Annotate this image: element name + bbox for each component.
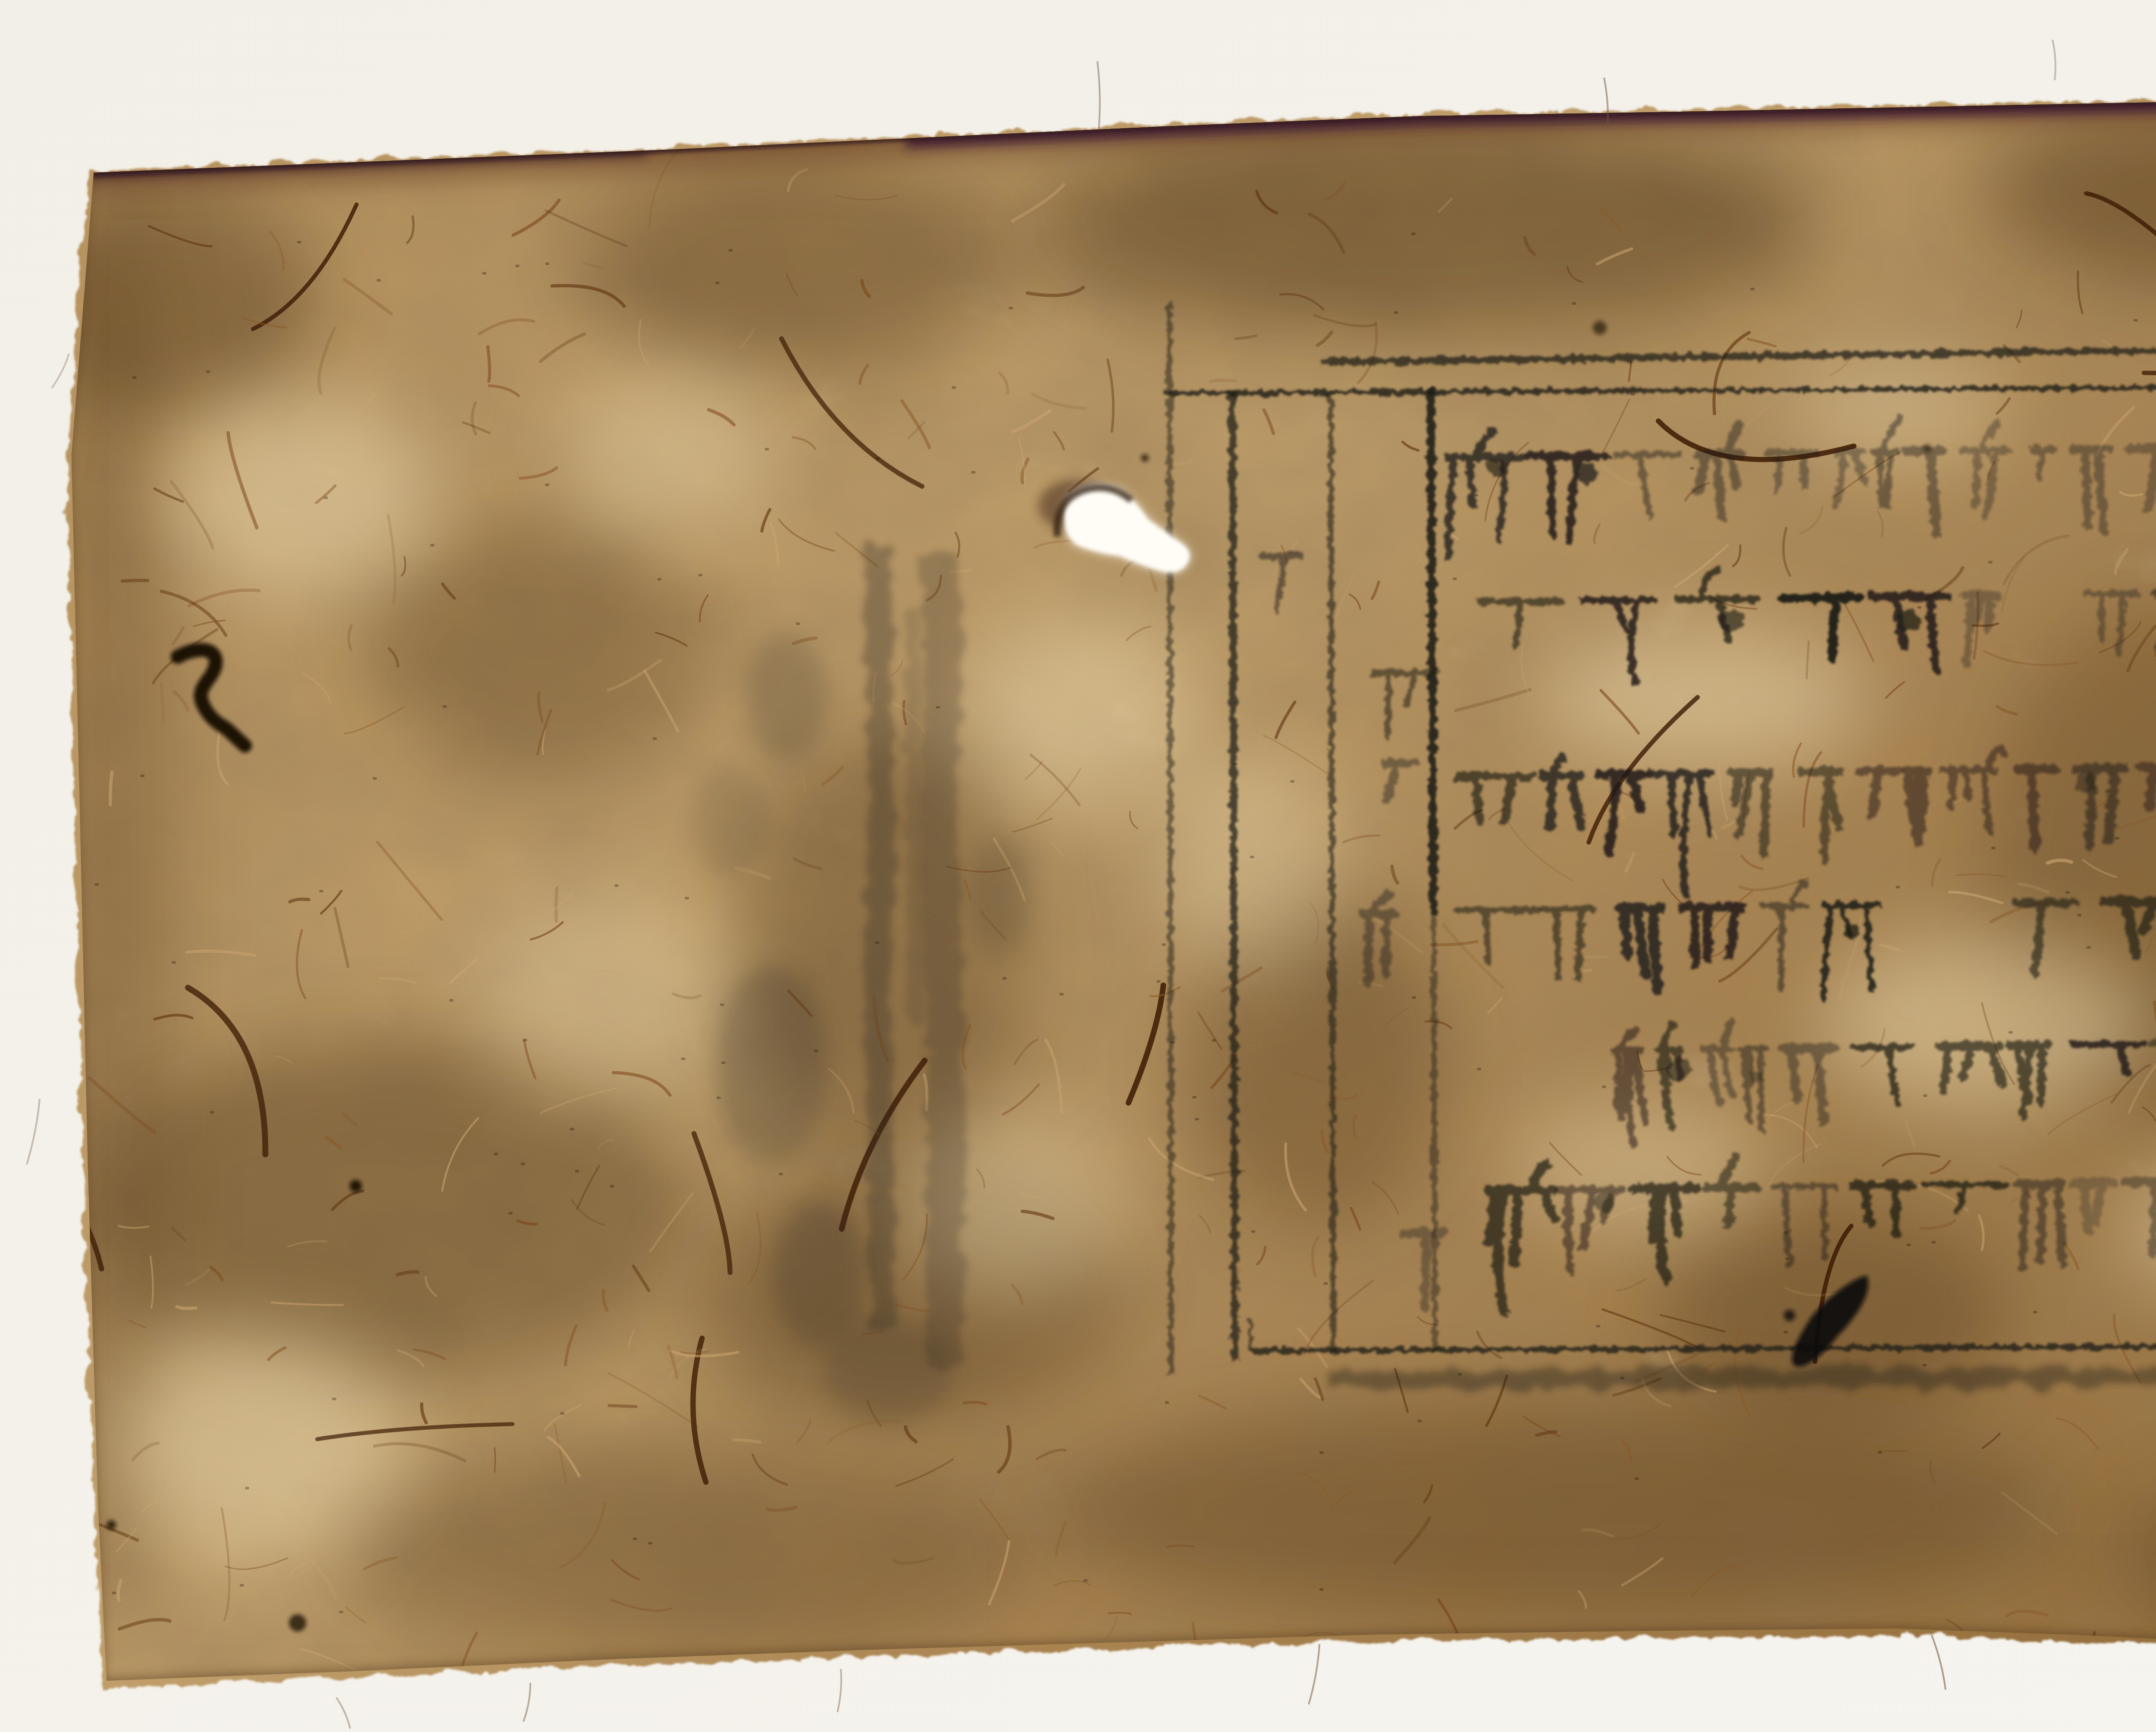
- ink-spot: [1845, 924, 1860, 939]
- ink-spot: [2075, 772, 2096, 792]
- frame-vertical-line: [1250, 1319, 1251, 1350]
- ink-spot: [1577, 463, 1598, 484]
- dark-speck: [1141, 454, 1149, 462]
- paper-grain: [0, 0, 2156, 1732]
- ink-blob-dot: [1784, 1310, 1795, 1321]
- photo-canvas: [0, 0, 2156, 1732]
- ghost-streak: [940, 553, 947, 1366]
- manuscript-leaf: [0, 0, 2156, 1732]
- ghost-streak: [913, 608, 915, 1026]
- frame-vertical-line: [1431, 389, 1433, 914]
- frame-horizontal-line: [1328, 1374, 2156, 1380]
- ghost-streak: [878, 543, 883, 1328]
- dark-speck: [107, 1520, 116, 1530]
- ghost-blotch: [694, 768, 768, 875]
- ghost-blotch: [824, 1320, 953, 1423]
- ghost-blotch: [746, 632, 828, 761]
- ghost-blotch: [716, 966, 828, 1164]
- dark-speck: [1923, 444, 1932, 453]
- dark-speck: [1593, 321, 1607, 335]
- dark-speck: [289, 1614, 306, 1632]
- ghost-blotch: [970, 837, 1031, 957]
- frame-vertical-line: [1433, 914, 1435, 1352]
- frame-vertical-line: [1331, 392, 1333, 1354]
- frame-vertical-line: [1232, 392, 1235, 1361]
- ink-spot: [1667, 1057, 1691, 1081]
- manuscript-photo: [0, 0, 2156, 1732]
- dark-speck: [350, 1180, 362, 1192]
- ink-spot: [1594, 1193, 1613, 1212]
- ink-spot: [1719, 610, 1742, 634]
- frame-vertical-line: [1169, 302, 1171, 1374]
- ink-spot: [1899, 609, 1921, 632]
- ghost-blotch: [772, 1201, 867, 1348]
- ink-spot: [1750, 1070, 1762, 1082]
- ink-spot: [1487, 458, 1505, 476]
